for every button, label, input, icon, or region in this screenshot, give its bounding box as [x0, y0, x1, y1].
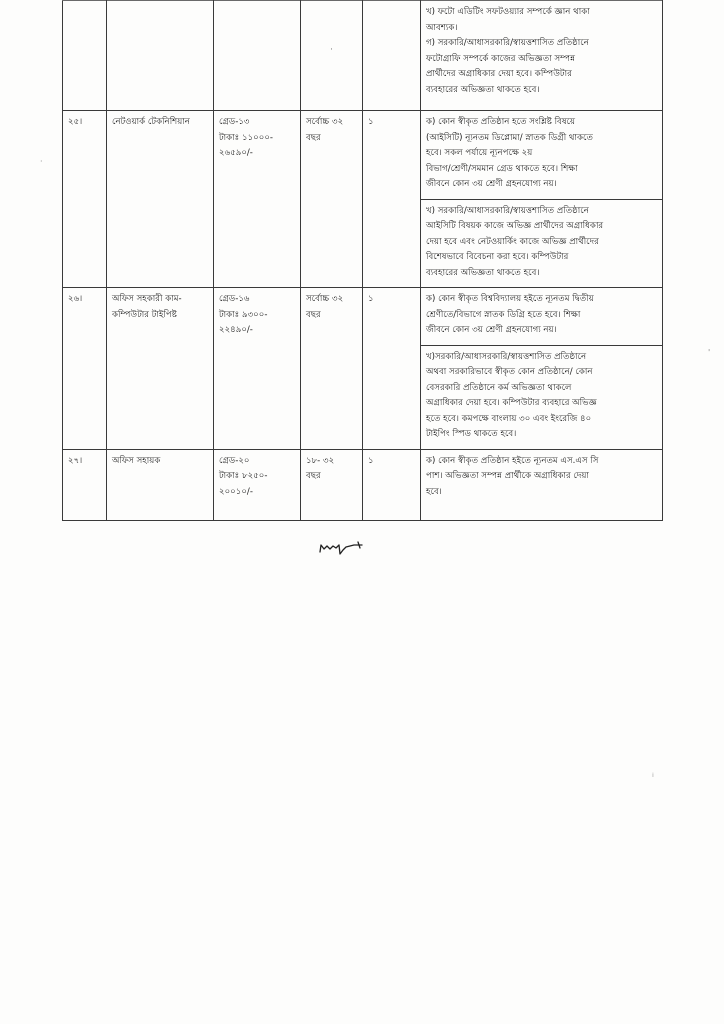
post-name-cell: অফিস সহায়ক [107, 449, 214, 520]
qualification-block: ক) কোন স্বীকৃত বিশ্ববিদ্যালয় হইতে ন্যূন… [421, 288, 662, 346]
qualification-line: ব্যবহারের অভিজ্ঞতা থাকতে হবে। [426, 266, 657, 282]
qualification-line: শ্রেণীতে/বিভাগে স্নাতক ডিগ্রি হতে হবে। শ… [426, 308, 657, 324]
post-name-cell: অফিস সহকারী কাম-কম্পিউটার টাইপিষ্ট [107, 288, 214, 450]
qualification-line: বিভাগ/শ্রেণী/সমমান গ্রেড থাকতে হবে। শিক্… [426, 162, 657, 178]
qualification-line: ফটোগ্রাফি সম্পর্কে কাজের অভিজ্ঞতা সম্পন্… [426, 52, 657, 68]
qualification-line: (আইসিটি) ন্যূনতম ডিপ্লোমা/ স্নাতক ডিগ্রী… [426, 131, 657, 147]
age-limit-cell: ১৮- ৩২বছর [301, 449, 363, 520]
qualification-cell: ক) কোন স্বীকৃত প্রতিষ্ঠান হতে সংশ্লিষ্ট … [421, 111, 663, 288]
qualification-line: ক) কোন স্বীকৃত প্রতিষ্ঠান হতে সংশ্লিষ্ট … [426, 115, 657, 131]
pay-scale-cell: গ্রেড-১৬টাকাঃ ৯৩০০-২২৪৯০/- [214, 288, 301, 450]
qualification-line: হবে। [426, 485, 657, 501]
age-limit-cell: সর্বোচ্চ ৩২বছর [301, 288, 363, 450]
qualification-line: খ) সরকারি/আধাসরকারি/স্বায়ত্তশাসিত প্রতি… [426, 204, 657, 220]
qualification-block: খ) সরকারি/আধাসরকারি/স্বায়ত্তশাসিত প্রতি… [421, 200, 662, 288]
serial-cell: ২৫। [63, 111, 107, 288]
pay-scale-cell [214, 1, 301, 111]
pay-scale-cell: গ্রেড-১৩টাকাঃ ১১০০০-২৬৫৯০/- [214, 111, 301, 288]
age-limit-line: সর্বোচ্চ ৩২ [306, 115, 357, 131]
qualification-cell: খ) ফটো এডিটিং সফটওয়্যার সম্পর্কে জ্ঞান … [421, 1, 663, 111]
pay-scale-line: ২৬৫৯০/- [219, 146, 295, 162]
qualification-line: আবশ্যক। [426, 21, 657, 37]
qualification-line: জীবনে কোন ৩য় শ্রেণী গ্রহনযোগ্য নয়। [426, 177, 657, 193]
pay-scale-line: টাকাঃ ১১০০০- [219, 131, 295, 147]
qualification-block: ক) কোন স্বীকৃত প্রতিষ্ঠান হতে সংশ্লিষ্ট … [421, 111, 662, 200]
post-name-cell: নেটওয়ার্ক টেকনিশিয়ান [107, 111, 214, 288]
qualification-line: অগ্রাধিকার দেয়া হবে। কম্পিউটার ব্যবহারে… [426, 396, 657, 412]
qualification-line: আইসিটি বিষয়ক কাজে অভিজ্ঞ প্রার্থীদের অগ… [426, 219, 657, 235]
signature [318, 540, 366, 556]
serial-cell: ২৬। [63, 288, 107, 450]
table-row: ·খ) ফটো এডিটিং সফটওয়্যার সম্পর্কে জ্ঞান… [63, 1, 663, 111]
pay-scale-line: ২২৪৯০/- [219, 323, 295, 339]
pay-scale-line: গ্রেড-১৩ [219, 115, 295, 131]
age-limit-line: সর্বোচ্চ ৩২ [306, 292, 357, 308]
age-limit-line: বছর [306, 469, 357, 485]
qualification-line: ক) কোন স্বীকৃত প্রতিষ্ঠান হইতে ন্যূনতম এ… [426, 454, 657, 470]
qualification-block: খ)সরকারি/আধাসরকারি/স্বায়ত্তশাসিত প্রতিষ… [421, 346, 662, 449]
table-body: ·খ) ফটো এডিটিং সফটওয়্যার সম্পর্কে জ্ঞান… [63, 1, 663, 521]
qualification-line: খ)সরকারি/আধাসরকারি/স্বায়ত্তশাসিত প্রতিষ… [426, 350, 657, 366]
post-name-cell [107, 1, 214, 111]
serial-cell: ২৭। [63, 449, 107, 520]
vacancy-count-cell [363, 1, 421, 111]
pay-scale-line: গ্রেড-২০ [219, 454, 295, 470]
table-row: ২৬।অফিস সহকারী কাম-কম্পিউটার টাইপিষ্টগ্র… [63, 288, 663, 450]
vacancy-count-cell: ১ [363, 449, 421, 520]
dot-mark: · [306, 5, 357, 59]
vacancy-count-cell: ১ [363, 288, 421, 450]
qualification-line: দেয়া হবে এবং নেটওয়ার্কিং কাজে অভিজ্ঞ প… [426, 235, 657, 251]
stray-mark: · [40, 157, 43, 166]
table-row: ২৫।নেটওয়ার্ক টেকনিশিয়ানগ্রেড-১৩টাকাঃ ১… [63, 111, 663, 288]
serial-cell [63, 1, 107, 111]
pay-scale-line: ২০০১০/- [219, 485, 295, 501]
age-limit-cell: · [301, 1, 363, 111]
stray-mark: ⁞ [652, 772, 654, 779]
qualification-line: হতে হবে। কমপক্ষে বাংলায় ৩০ এবং ইংরেজি ৪… [426, 412, 657, 428]
pay-scale-line: টাকাঃ ৯৩০০- [219, 308, 295, 324]
qualification-block: ক) কোন স্বীকৃত প্রতিষ্ঠান হইতে ন্যূনতম এ… [421, 450, 662, 507]
qualification-line: ক) কোন স্বীকৃত বিশ্ববিদ্যালয় হইতে ন্যূন… [426, 292, 657, 308]
age-limit-line: বছর [306, 308, 357, 324]
qualification-line: অথবা সরকারিভাবে স্বীকৃত কোন প্রতিষ্ঠানে/… [426, 365, 657, 381]
qualification-line: ব্যবহারের অভিজ্ঞতা থাকতে হবে। [426, 83, 657, 99]
table-row: ২৭।অফিস সহায়কগ্রেড-২০টাকাঃ ৮২৫০-২০০১০/-… [63, 449, 663, 520]
job-vacancy-table: ·খ) ফটো এডিটিং সফটওয়্যার সম্পর্কে জ্ঞান… [62, 0, 663, 521]
age-limit-line: ১৮- ৩২ [306, 454, 357, 470]
qualification-line: খ) ফটো এডিটিং সফটওয়্যার সম্পর্কে জ্ঞান … [426, 5, 657, 21]
age-limit-cell: সর্বোচ্চ ৩২বছর [301, 111, 363, 288]
qualification-block: খ) ফটো এডিটিং সফটওয়্যার সম্পর্কে জ্ঞান … [421, 1, 662, 104]
qualification-line: বেসরকারি প্রতিষ্ঠানে কর্ম অভিজ্ঞতা থাকলে [426, 381, 657, 397]
qualification-line: জীবনে কোন ৩য় শ্রেণী গ্রহনযোগ্য নয়। [426, 323, 657, 339]
qualification-line: বিশেষভাবে বিবেচনা করা হবে। কম্পিউটার [426, 250, 657, 266]
pay-scale-line: গ্রেড-১৬ [219, 292, 295, 308]
qualification-line: পাশ। অভিজ্ঞতা সম্পন্ন প্রার্থীকে অগ্রাধি… [426, 469, 657, 485]
qualification-line: হবে। সকল পর্যায়ে ন্যূনপক্ষে ২য় [426, 146, 657, 162]
pay-scale-cell: গ্রেড-২০টাকাঃ ৮২৫০-২০০১০/- [214, 449, 301, 520]
qualification-line: গ) সরকারি/আধাসরকারি/স্বায়ত্তশাসিত প্রতি… [426, 36, 657, 52]
qualification-line: প্রার্থীদের অগ্রাধিকার দেয়া হবে। কম্পিউ… [426, 67, 657, 83]
qualification-cell: ক) কোন স্বীকৃত প্রতিষ্ঠান হইতে ন্যূনতম এ… [421, 449, 663, 520]
vacancy-count-cell: ১ [363, 111, 421, 288]
pay-scale-line: টাকাঃ ৮২৫০- [219, 469, 295, 485]
age-limit-line: বছর [306, 131, 357, 147]
qualification-line: টাইপিং স্পিড থাকতে হবে। [426, 427, 657, 443]
qualification-cell: ক) কোন স্বীকৃত বিশ্ববিদ্যালয় হইতে ন্যূন… [421, 288, 663, 450]
stray-mark: ' [708, 348, 710, 357]
document-page: ·খ) ফটো এডিটিং সফটওয়্যার সম্পর্কে জ্ঞান… [0, 0, 724, 1024]
